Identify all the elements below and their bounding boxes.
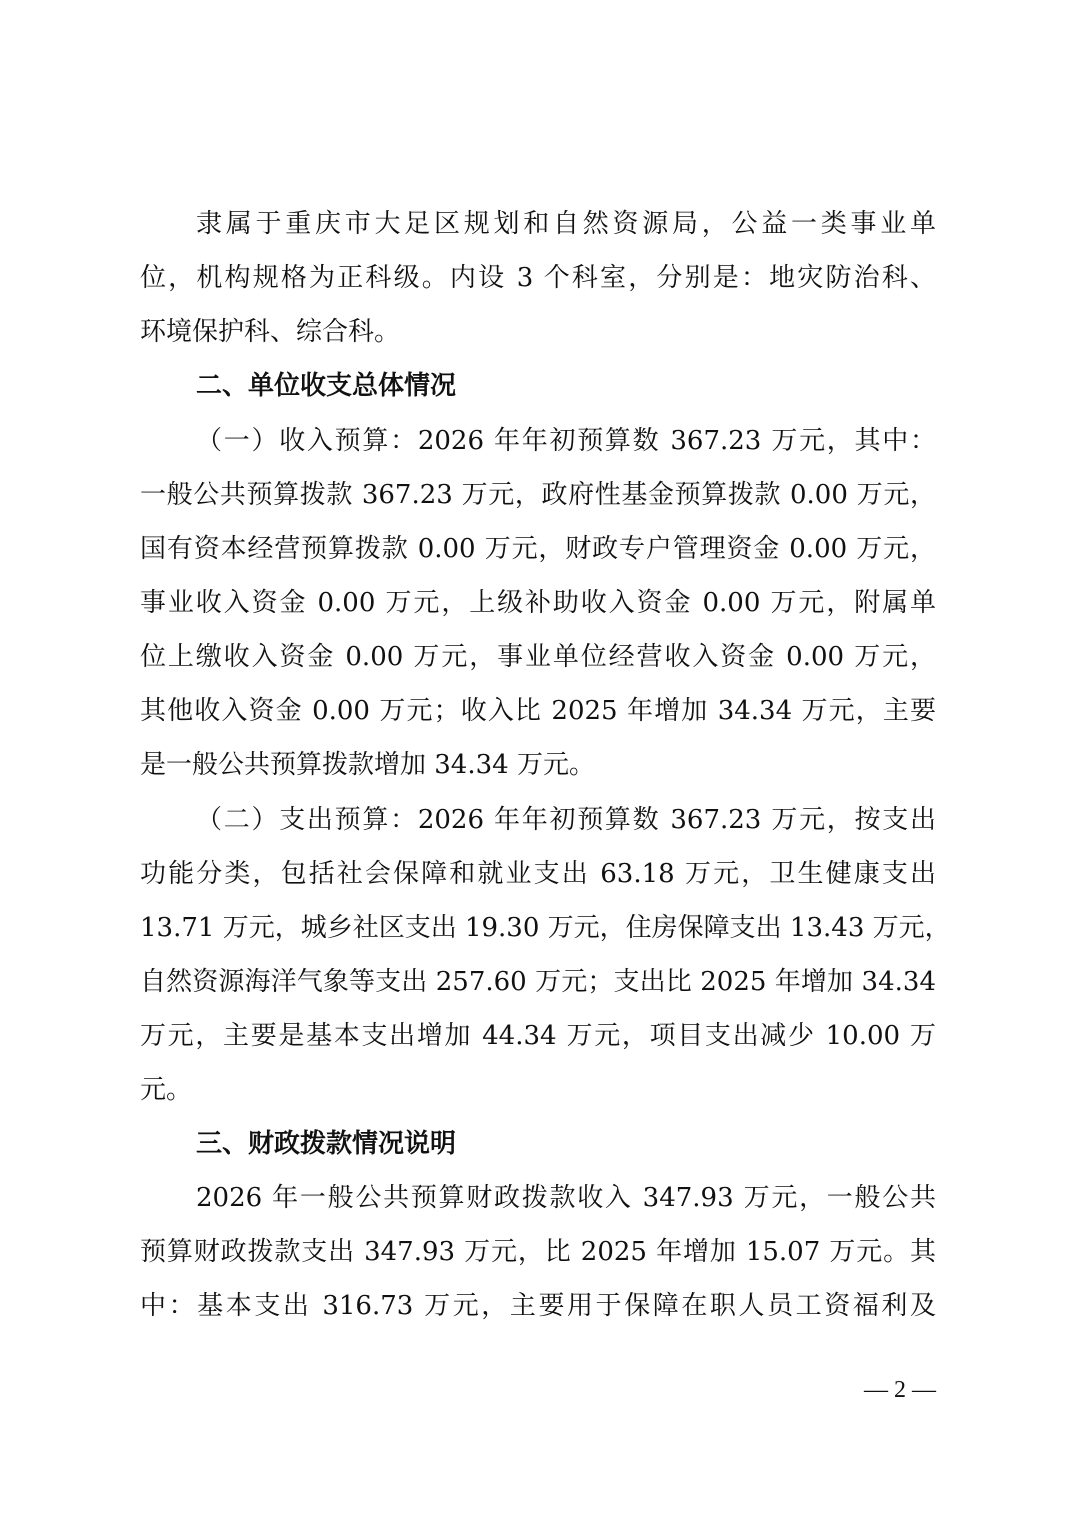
paragraph-line: 环境保护科、综合科。 [140,312,936,352]
paragraph-line: 国有资本经营预算拨款 0.00 万元，财政专户管理资金 0.00 万元， [140,529,936,569]
paragraph-line: 自然资源海洋气象等支出 257.60 万元；支出比 2025 年增加 34.34 [140,962,936,1002]
paragraph-line: 隶属于重庆市大足区规划和自然资源局，公益一类事业单 [196,204,936,244]
paragraph-line: 功能分类，包括社会保障和就业支出 63.18 万元，卫生健康支出 [140,854,936,894]
section-heading-fiscal-appropriation: 三、财政拨款情况说明 [196,1124,936,1164]
paragraph-line: 是一般公共预算拨款增加 34.34 万元。 [140,745,936,785]
paragraph-line: （一）收入预算：2026 年年初预算数 367.23 万元，其中： [196,421,936,461]
paragraph-line: 2026 年一般公共预算财政拨款收入 347.93 万元，一般公共 [196,1178,936,1218]
paragraph-line: 一般公共预算拨款 367.23 万元，政府性基金预算拨款 0.00 万元， [140,475,936,515]
paragraph-line: 位，机构规格为正科级。内设 3 个科室，分别是：地灾防治科、 [140,258,936,298]
paragraph-line: 预算财政拨款支出 347.93 万元，比 2025 年增加 15.07 万元。其 [140,1232,936,1272]
page-number: — 2 — [864,1372,936,1408]
paragraph-line: （二）支出预算：2026 年年初预算数 367.23 万元，按支出 [196,800,936,840]
paragraph-line: 位上缴收入资金 0.00 万元，事业单位经营收入资金 0.00 万元， [140,637,936,677]
paragraph-line: 其他收入资金 0.00 万元；收入比 2025 年增加 34.34 万元，主要 [140,691,936,731]
paragraph-line: 元。 [140,1070,936,1110]
paragraph-line: 万元，主要是基本支出增加 44.34 万元，项目支出减少 10.00 万 [140,1016,936,1056]
paragraph-line: 中：基本支出 316.73 万元，主要用于保障在职人员工资福利及 [140,1286,936,1326]
paragraph-line: 事业收入资金 0.00 万元，上级补助收入资金 0.00 万元，附属单 [140,583,936,623]
section-heading-income-expense: 二、单位收支总体情况 [196,366,936,406]
paragraph-line: 13.71 万元，城乡社区支出 19.30 万元，住房保障支出 13.43 万元… [140,908,936,948]
document-page: 隶属于重庆市大足区规划和自然资源局，公益一类事业单 位，机构规格为正科级。内设 … [0,0,1074,1520]
